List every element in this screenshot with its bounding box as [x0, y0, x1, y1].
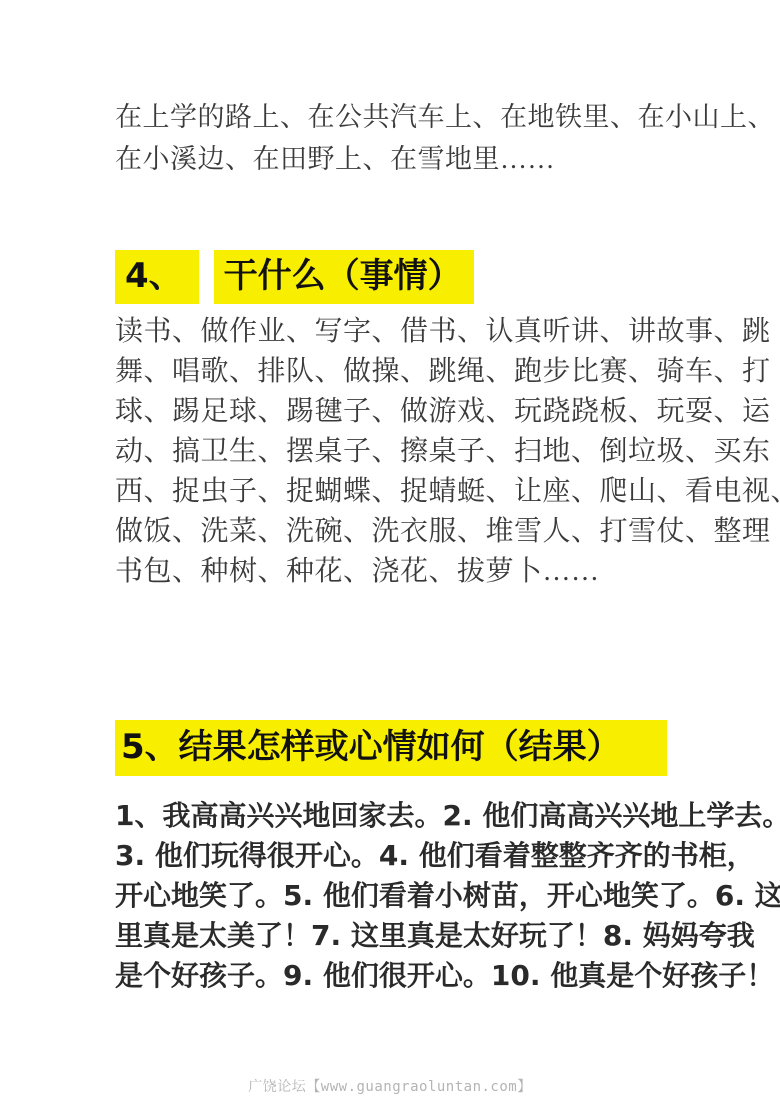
- text-line: 在上学的路上、在公共汽车上、在地铁里、在小山上、: [115, 96, 667, 138]
- text-line: 里真是太美了！7. 这里真是太好玩了！8. 妈妈夸我: [115, 916, 667, 956]
- text-line: 动、搞卫生、摆桌子、擦桌子、扫地、倒垃圾、买东: [115, 432, 667, 472]
- activities-paragraph: 读书、做作业、写字、借书、认真听讲、讲故事、跳 舞、唱歌、排队、做操、跳绳、跑步…: [115, 312, 667, 592]
- section-5-heading: 5、结果怎样或心情如何（结果）: [115, 720, 667, 776]
- section-5-title-highlight: 5、结果怎样或心情如何（结果）: [115, 720, 667, 776]
- footer-watermark: 广饶论坛【www.guangraoluntan.com】: [0, 1076, 780, 1096]
- section-4-number-highlight: 4、: [115, 250, 199, 304]
- text-line: 在小溪边、在田野上、在雪地里……: [115, 138, 667, 180]
- text-line: 书包、种树、种花、浇花、拔萝卜……: [115, 552, 667, 592]
- results-paragraph: 1、我高高兴兴地回家去。2. 他们高高兴兴地上学去。 3. 他们玩得很开心。4.…: [115, 796, 667, 996]
- text-line: 做饭、洗菜、洗碗、洗衣服、堆雪人、打雪仗、整理: [115, 512, 667, 552]
- document-page: 在上学的路上、在公共汽车上、在地铁里、在小山上、 在小溪边、在田野上、在雪地里……: [0, 0, 780, 1103]
- text-line: 是个好孩子。9. 他们很开心。10. 他真是个好孩子！: [115, 956, 667, 996]
- text-line: 球、踢足球、踢毽子、做游戏、玩跷跷板、玩耍、运: [115, 392, 667, 432]
- text-line: 舞、唱歌、排队、做操、跳绳、跑步比赛、骑车、打: [115, 352, 667, 392]
- text-line: 3. 他们玩得很开心。4. 他们看着整整齐齐的书柜，: [115, 836, 667, 876]
- intro-paragraph: 在上学的路上、在公共汽车上、在地铁里、在小山上、 在小溪边、在田野上、在雪地里……: [115, 96, 667, 180]
- text-line: 1、我高高兴兴地回家去。2. 他们高高兴兴地上学去。: [115, 796, 667, 836]
- text-line: 西、捉虫子、捉蝴蝶、捉蜻蜓、让座、爬山、看电视、: [115, 472, 667, 512]
- section-4-heading: 4、干什么（事情）: [115, 250, 667, 304]
- text-line: 读书、做作业、写字、借书、认真听讲、讲故事、跳: [115, 312, 667, 352]
- section-4-title-highlight: 干什么（事情）: [214, 250, 474, 304]
- text-line: 开心地笑了。5. 他们看着小树苗，开心地笑了。6. 这: [115, 876, 667, 916]
